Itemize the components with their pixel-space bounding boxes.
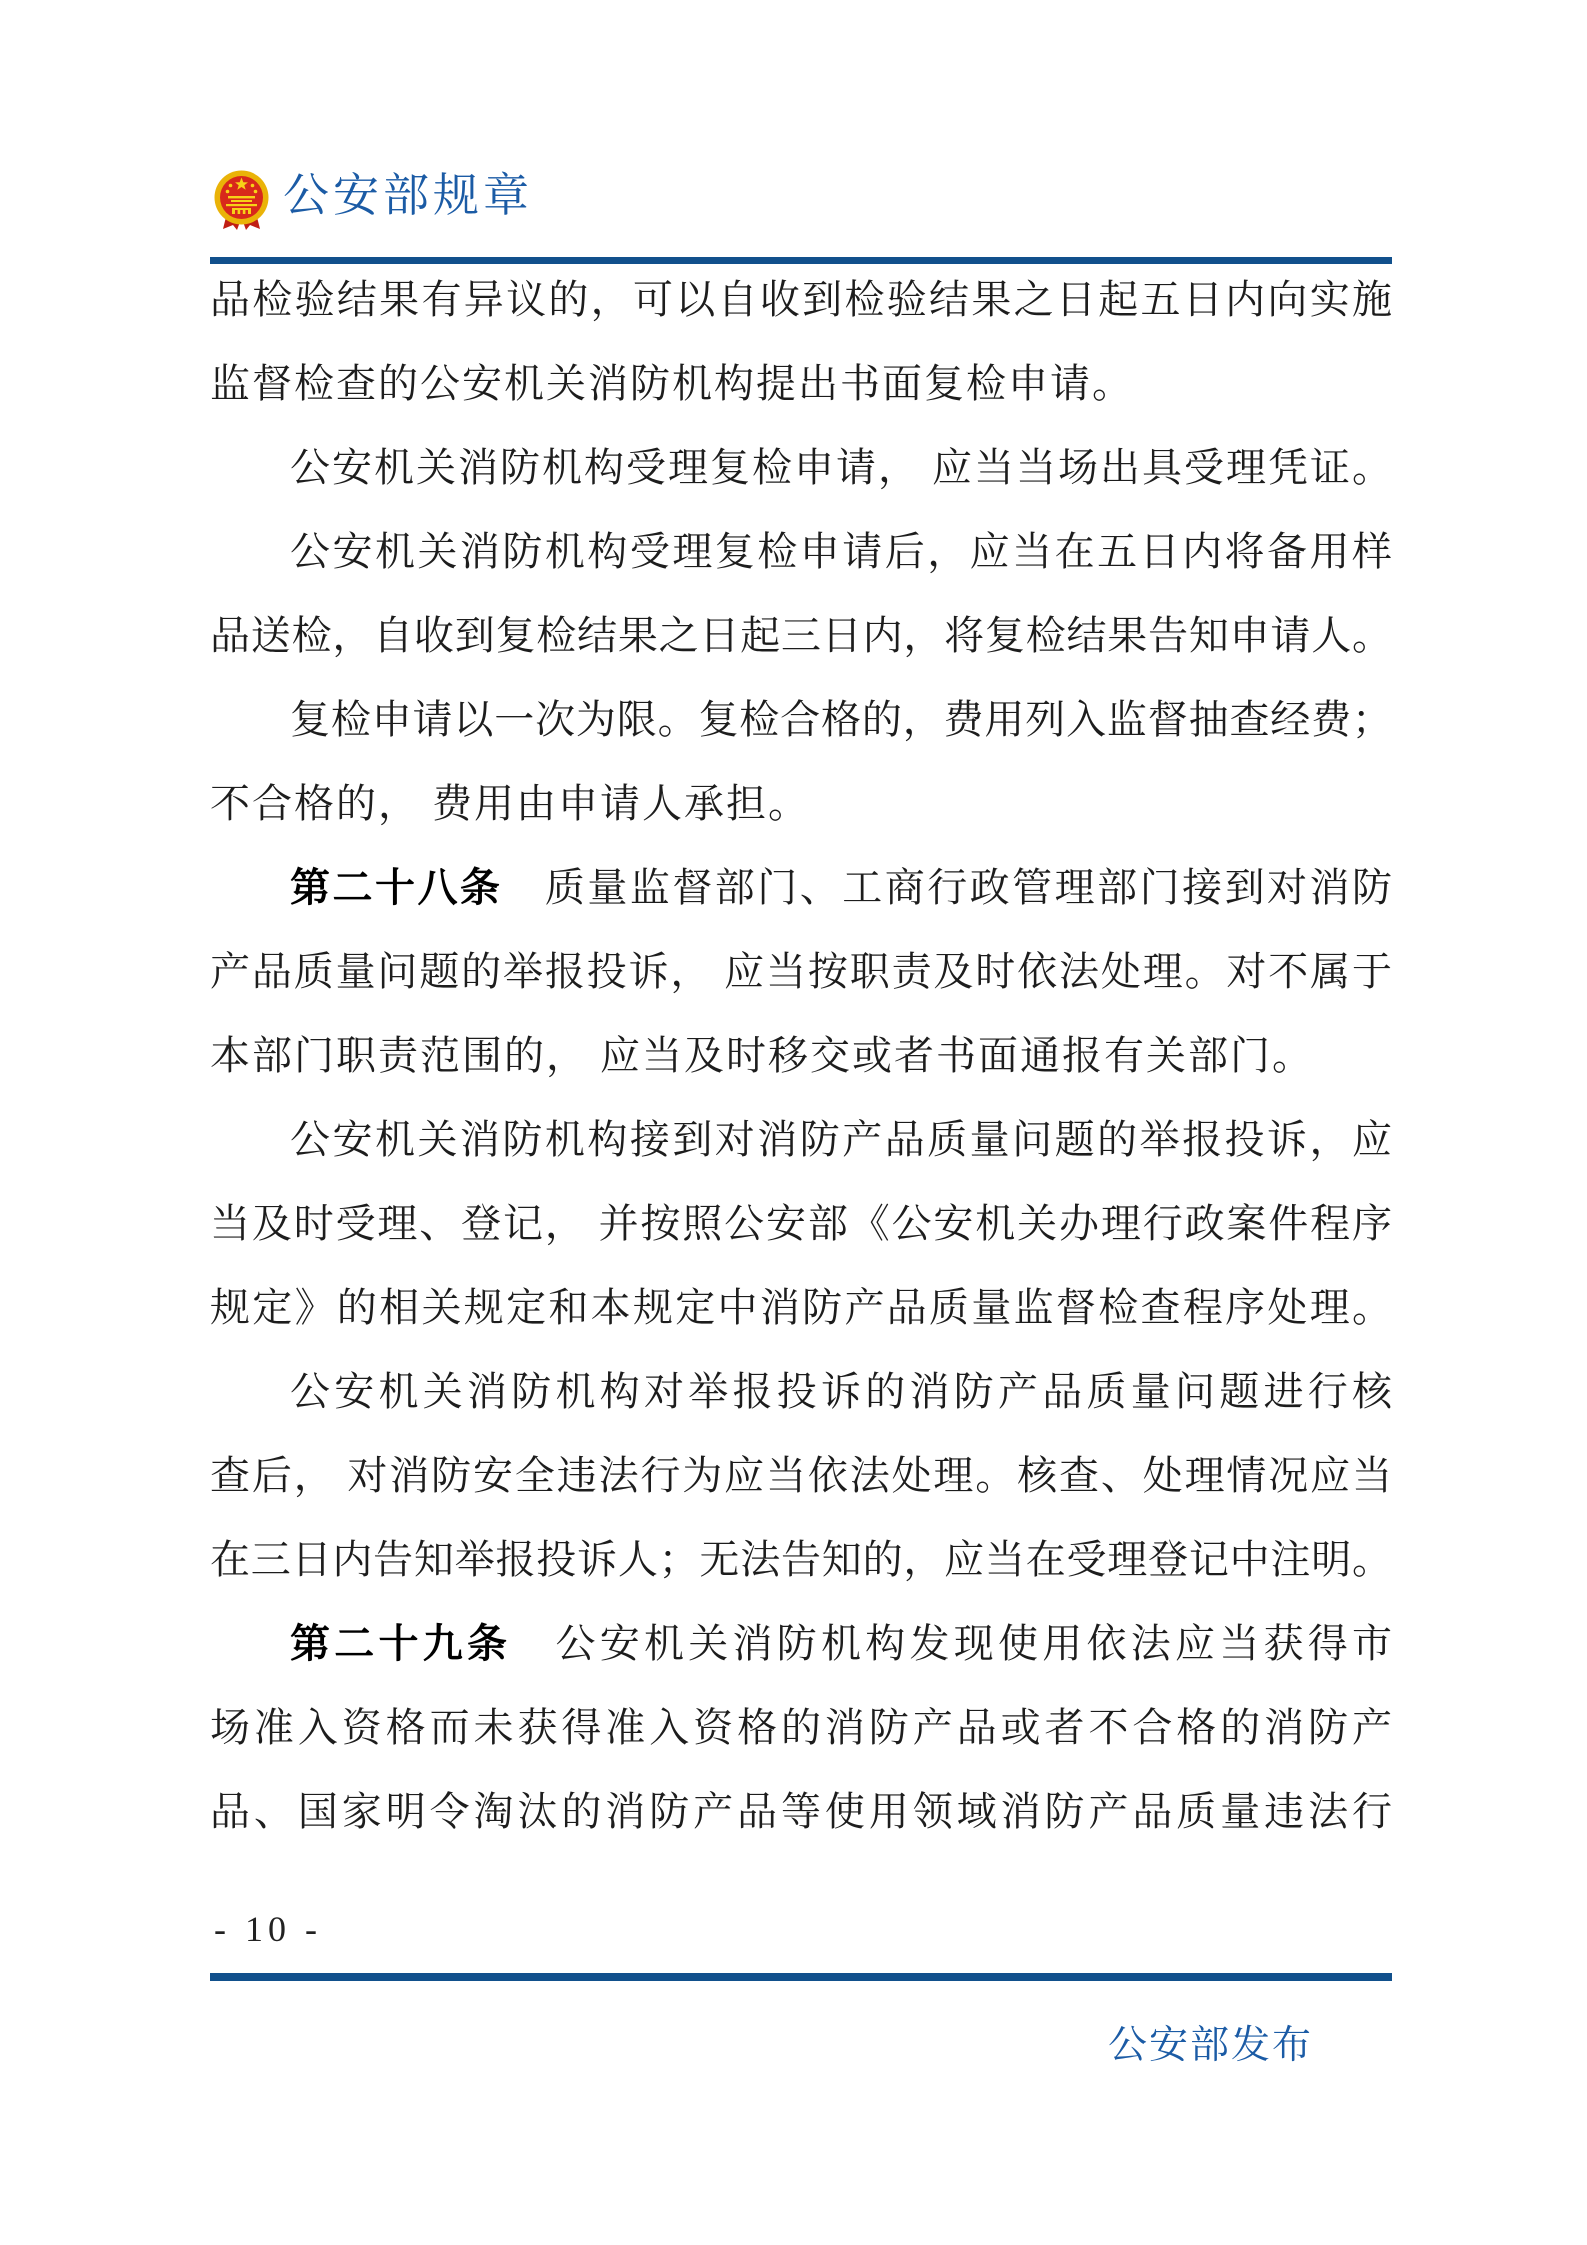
text-line: 查后， 对消防安全违法行为应当依法处理。核查、处理情况应当 [210, 1434, 1392, 1518]
text-run: 查后， 对消防安全违法行为应当依法处理。核查、处理情况应当 [210, 1453, 1392, 1498]
publisher-label: 公安部发布 [1108, 2014, 1313, 2070]
text-run: 本部门职责范围的， 应当及时移交或者书面通报有关部门。 [210, 1033, 1314, 1078]
text-line: 当及时受理、登记， 并按照公安部《公安机关办理行政案件程序 [210, 1182, 1392, 1266]
text-run: 复检申请以一次为限。复检合格的，费用列入监督抽查经费； [290, 697, 1392, 742]
article-number: 第二十九条 [290, 1622, 511, 1666]
text-run: 品送检，自收到复检结果之日起三日内，将复检结果告知申请人。 [210, 613, 1392, 658]
text-run: 场准入资格而未获得准入资格的消防产品或者不合格的消防产 [210, 1705, 1392, 1750]
document-body: 品检验结果有异议的，可以自收到检验结果之日起五日内向实施监督检查的公安机关消防机… [210, 258, 1392, 1854]
text-run: 质量监督部门、工商行政管理部门接到对消防 [502, 865, 1392, 910]
text-run: 公安机关消防机构接到对消防产品质量问题的举报投诉，应 [290, 1117, 1392, 1162]
text-run: 规定》的相关规定和本规定中消防产品质量监督检查程序处理。 [210, 1285, 1392, 1330]
text-line: 品送检，自收到复检结果之日起三日内，将复检结果告知申请人。 [210, 594, 1392, 678]
text-run: 品检验结果有异议的，可以自收到检验结果之日起五日内向实施 [210, 277, 1392, 322]
document-page: 公安部规章 品检验结果有异议的，可以自收到检验结果之日起五日内向实施监督检查的公… [0, 0, 1587, 2245]
text-line: 公安机关消防机构受理复检申请， 应当当场出具受理凭证。 [210, 426, 1392, 510]
text-line: 第二十九条 公安机关消防机构发现使用依法应当获得市 [210, 1602, 1392, 1686]
page-header: 公安部规章 [0, 0, 1587, 270]
footer-rule [210, 1973, 1392, 1981]
text-run: 公安机关消防机构受理复检申请后，应当在五日内将备用样 [290, 529, 1392, 574]
text-run: 公安机关消防机构受理复检申请， 应当当场出具受理凭证。 [290, 445, 1392, 490]
text-line: 规定》的相关规定和本规定中消防产品质量监督检查程序处理。 [210, 1266, 1392, 1350]
text-line: 品检验结果有异议的，可以自收到检验结果之日起五日内向实施 [210, 258, 1392, 342]
text-line: 在三日内告知举报投诉人；无法告知的，应当在受理登记中注明。 [210, 1518, 1392, 1602]
text-run: 监督检查的公安机关消防机构提出书面复检申请。 [210, 361, 1134, 406]
text-run: 公安机关消防机构发现使用依法应当获得市 [511, 1621, 1392, 1666]
text-line: 监督检查的公安机关消防机构提出书面复检申请。 [210, 342, 1392, 426]
text-line: 场准入资格而未获得准入资格的消防产品或者不合格的消防产 [210, 1686, 1392, 1770]
text-run: 当及时受理、登记， 并按照公安部《公安机关办理行政案件程序 [210, 1201, 1392, 1246]
text-line: 第二十八条 质量监督部门、工商行政管理部门接到对消防 [210, 846, 1392, 930]
text-line: 复检申请以一次为限。复检合格的，费用列入监督抽查经费； [210, 678, 1392, 762]
china-national-emblem-icon [213, 169, 270, 232]
text-line: 公安机关消防机构受理复检申请后，应当在五日内将备用样 [210, 510, 1392, 594]
text-line: 不合格的， 费用由申请人承担。 [210, 762, 1392, 846]
text-run: 产品质量问题的举报投诉， 应当按职责及时依法处理。对不属于 [210, 949, 1392, 994]
text-line: 公安机关消防机构对举报投诉的消防产品质量问题进行核 [210, 1350, 1392, 1434]
text-run: 品、国家明令淘汰的消防产品等使用领域消防产品质量违法行 [210, 1789, 1392, 1834]
text-line: 产品质量问题的举报投诉， 应当按职责及时依法处理。对不属于 [210, 930, 1392, 1014]
text-line: 本部门职责范围的， 应当及时移交或者书面通报有关部门。 [210, 1014, 1392, 1098]
article-number: 第二十八条 [290, 866, 502, 910]
page-number: - 10 - [214, 1908, 322, 1950]
text-line: 公安机关消防机构接到对消防产品质量问题的举报投诉，应 [210, 1098, 1392, 1182]
text-line: 品、国家明令淘汰的消防产品等使用领域消防产品质量违法行 [210, 1770, 1392, 1854]
page-title: 公安部规章 [283, 170, 533, 222]
text-run: 公安机关消防机构对举报投诉的消防产品质量问题进行核 [290, 1369, 1392, 1414]
text-run: 在三日内告知举报投诉人；无法告知的，应当在受理登记中注明。 [210, 1537, 1392, 1582]
text-run: 不合格的， 费用由申请人承担。 [210, 781, 810, 826]
